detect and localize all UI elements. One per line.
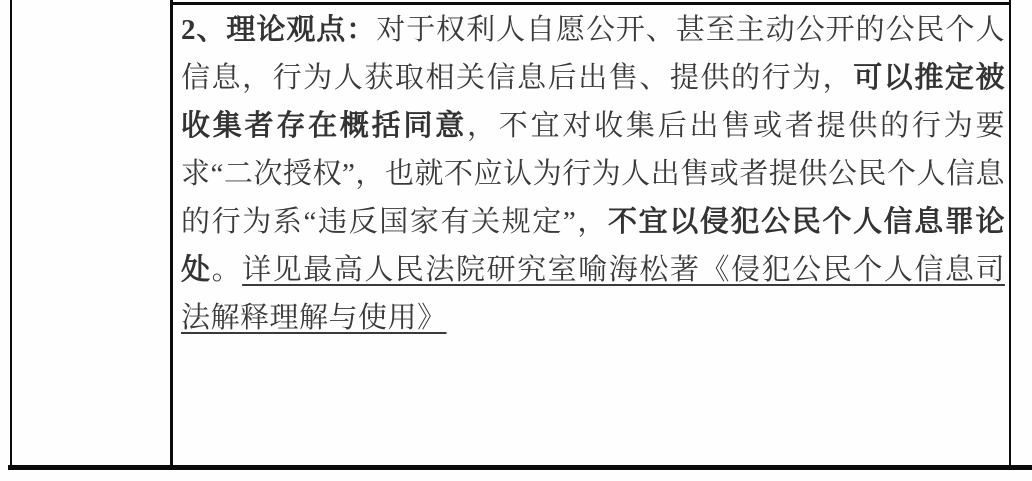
numbered-heading: 2、理论观点： xyxy=(181,14,376,46)
table-left-cell xyxy=(12,0,170,465)
table-right-border xyxy=(1009,0,1011,468)
note-paragraph: 2、理论观点：对于权利人自愿公开、甚至主动公开的公民个人信息，行为人获取相关信息… xyxy=(181,6,1005,342)
document-page: 2、理论观点：对于权利人自愿公开、甚至主动公开的公民个人信息，行为人获取相关信息… xyxy=(0,0,1032,481)
table-bottom-border xyxy=(8,465,1032,470)
table-note-cell: 2、理论观点：对于权利人自愿公开、甚至主动公开的公民个人信息，行为人获取相关信息… xyxy=(181,6,1005,461)
table-column-divider xyxy=(170,0,173,468)
citation-reference: 详见最高人民法院研究室喻海松著《侵犯公民个人信息司法解释理解与使用》 xyxy=(181,254,1005,334)
body-text: 。 xyxy=(212,254,243,286)
table-top-border xyxy=(170,2,1011,5)
